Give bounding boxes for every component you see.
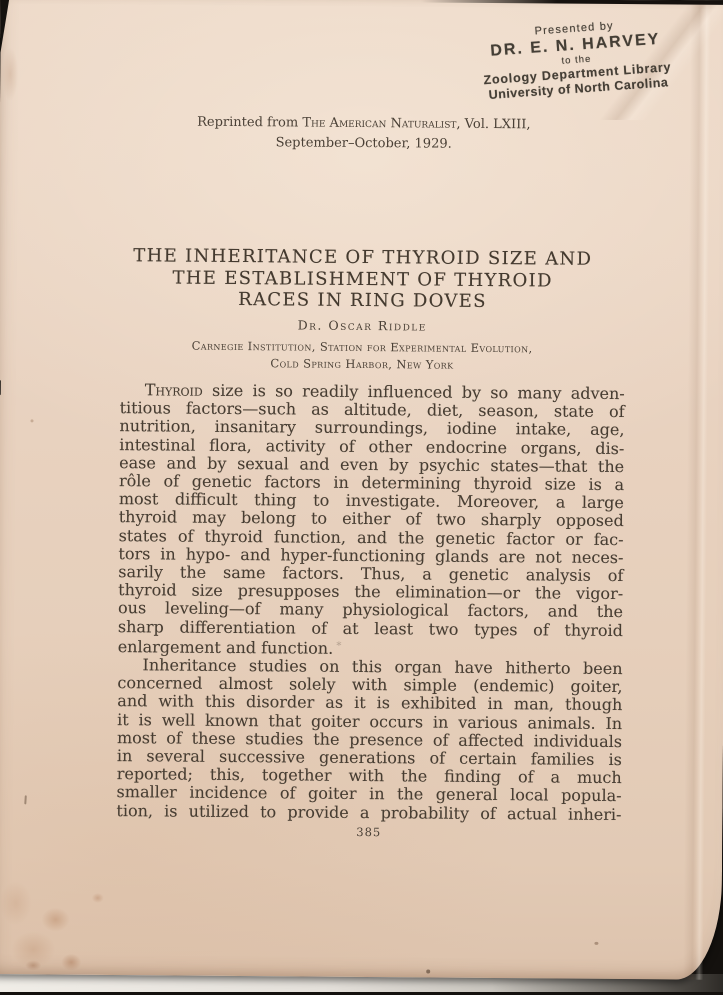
faint-footnote-mark: * xyxy=(333,641,341,652)
stain xyxy=(2,47,18,101)
reprint-prefix: Reprinted from xyxy=(197,115,302,131)
speck xyxy=(426,970,430,974)
speck xyxy=(594,942,598,945)
paper-page: Presented by DR. E. N. HARVEY to the Zoo… xyxy=(0,0,723,980)
stain xyxy=(61,954,81,971)
stain xyxy=(42,908,70,932)
reprint-note: Reprinted from The American Naturalist, … xyxy=(0,111,723,157)
affiliation: Carnegie Institution, Station for Experi… xyxy=(0,336,723,375)
speck xyxy=(31,419,34,422)
scan-corner-wedge xyxy=(0,0,9,53)
pen-mark xyxy=(24,795,27,804)
stain xyxy=(0,881,32,925)
page-number: 385 xyxy=(116,823,621,841)
journal-name: The American Naturalist xyxy=(302,116,456,132)
stain xyxy=(92,893,104,903)
title-line-3: RACES IN RING DOVES xyxy=(0,287,723,314)
body-line: tion, is utilized to provide a probabili… xyxy=(116,802,621,824)
author-name: Dr. Oscar Riddle xyxy=(0,315,723,336)
text-run: Thyroid xyxy=(145,380,203,399)
stain xyxy=(25,960,41,970)
article-title: THE INHERITANCE OF THYROID SIZE AND THE … xyxy=(0,244,723,314)
reprint-volume: , Vol. LXIII, xyxy=(456,117,530,133)
page-edge-notch xyxy=(0,380,1,395)
paragraph-2: Inheritance studies on this organ have h… xyxy=(116,656,622,824)
reprint-line-2: September–October, 1929. xyxy=(0,131,723,157)
paragraph-1: Thyroid size is so readily influenced by… xyxy=(118,381,625,660)
scan-background: { "stamp": { "line1": "Presented by", "l… xyxy=(0,0,723,995)
article-body: Thyroid size is so readily influenced by… xyxy=(116,381,624,824)
